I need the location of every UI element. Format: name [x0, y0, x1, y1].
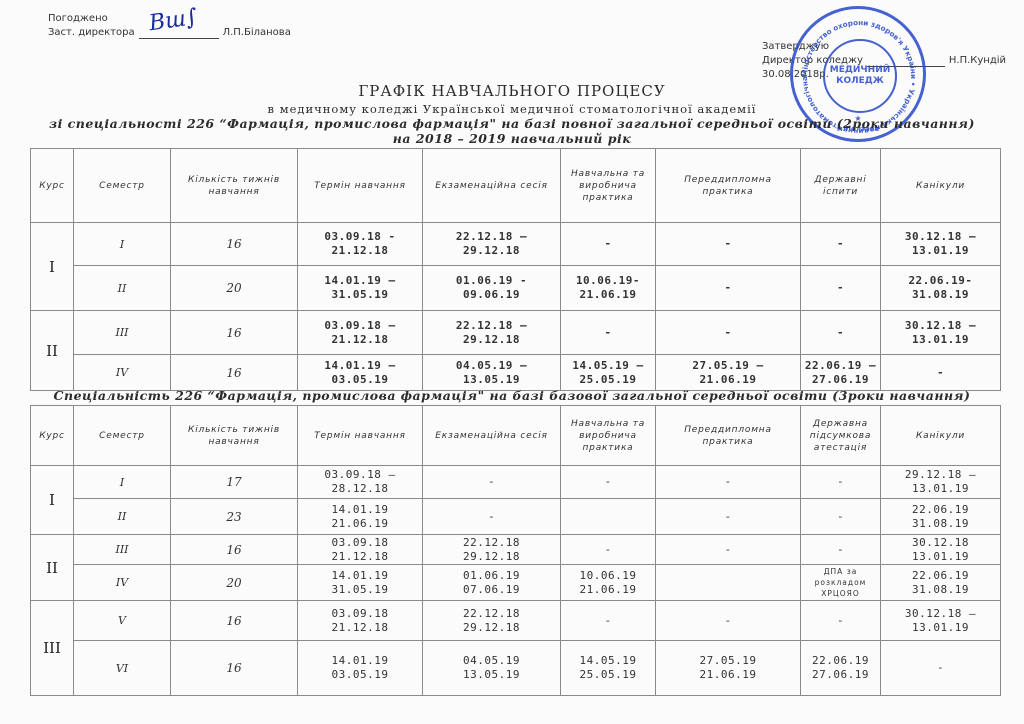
semester-cell: V — [74, 601, 171, 641]
study-term-cell: 03.09.1821.12.18 — [298, 535, 423, 565]
course-cell: II — [31, 311, 74, 391]
table-row: IV2014.01.1931.05.1901.06.1907.06.1910.0… — [31, 565, 1001, 601]
study-term-cell: 03.09.18 –21.12.18 — [298, 311, 423, 355]
practice-cell — [561, 499, 656, 535]
approval-block-left: Погоджено Заст. директора Вш∫ Л.П.Білано… — [48, 12, 291, 40]
semester-cell: III — [74, 311, 171, 355]
table-row: II2314.01.1921.06.19---22.06.1931.08.19 — [31, 499, 1001, 535]
specialty-heading-2: Спеціальність 226 “Фармація, промислова … — [0, 388, 1024, 403]
state-exams-cell: - — [801, 466, 881, 499]
holidays-cell: 30.12.18 –13.01.19 — [881, 311, 1001, 355]
study-term-cell: 14.01.1931.05.19 — [298, 565, 423, 601]
course-cell: I — [31, 223, 74, 311]
table-header-row: КурсСеместрКількість тижнів навчанняТерм… — [31, 149, 1001, 223]
document-subtitle: в медичному коледжі Української медичної… — [0, 102, 1024, 116]
exam-session-cell: 22.12.18 –29.12.18 — [423, 223, 561, 266]
weeks-cell: 20 — [171, 266, 298, 311]
approval-position: Заст. директора — [48, 26, 135, 40]
weeks-cell: 16 — [171, 641, 298, 696]
state-exams-cell: - — [801, 601, 881, 641]
weeks-cell: 16 — [171, 535, 298, 565]
exam-session-cell: 01.06.1907.06.19 — [423, 565, 561, 601]
study-term-cell: 03.09.18 –28.12.18 — [298, 466, 423, 499]
document-title: ГРАФІК НАВЧАЛЬНОГО ПРОЦЕСУ — [0, 82, 1024, 100]
signature-icon: Вш∫ — [148, 10, 198, 31]
holidays-cell: 30.12.18 –13.01.19 — [881, 601, 1001, 641]
semester-cell: IV — [74, 565, 171, 601]
holidays-cell: - — [881, 641, 1001, 696]
exam-session-cell: 22.12.18 –29.12.18 — [423, 311, 561, 355]
holidays-cell: 29.12.18 –13.01.19 — [881, 466, 1001, 499]
prediploma-cell: - — [656, 223, 801, 266]
semester-cell: II — [74, 266, 171, 311]
semester-cell: I — [74, 466, 171, 499]
weeks-cell: 23 — [171, 499, 298, 535]
weeks-cell: 16 — [171, 311, 298, 355]
approval-name: Л.П.Біланова — [223, 26, 291, 40]
table-row: II2014.01.19 –31.05.1901.06.19 -09.06.19… — [31, 266, 1001, 311]
study-term-cell: 14.01.19 –31.05.19 — [298, 266, 423, 311]
state-exams-cell: 22.06.1927.06.19 — [801, 641, 881, 696]
semester-cell: III — [74, 535, 171, 565]
table-row: II1703.09.18 –28.12.18----29.12.18 –13.0… — [31, 466, 1001, 499]
state-exams-cell: 22.06.19 –27.06.19 — [801, 355, 881, 391]
semester-cell: I — [74, 223, 171, 266]
table-row: VI1614.01.1903.05.1904.05.1913.05.1914.0… — [31, 641, 1001, 696]
weeks-cell: 16 — [171, 355, 298, 391]
col-holidays-header: Канікули — [881, 406, 1001, 466]
course-cell: I — [31, 466, 74, 535]
table-row: IV1614.01.19 –03.05.1904.05.19 –13.05.19… — [31, 355, 1001, 391]
holidays-cell: - — [881, 355, 1001, 391]
state-exams-cell: - — [801, 223, 881, 266]
practice-cell: 14.05.19 –25.05.19 — [561, 355, 656, 391]
holidays-cell: 30.12.1813.01.19 — [881, 535, 1001, 565]
state-exams-cell: - — [801, 311, 881, 355]
exam-session-cell: 04.05.19 –13.05.19 — [423, 355, 561, 391]
prediploma-cell: - — [656, 535, 801, 565]
practice-cell: 14.05.1925.05.19 — [561, 641, 656, 696]
col-study-term-header: Термін навчання — [298, 406, 423, 466]
course-cell: III — [31, 601, 74, 696]
practice-cell: - — [561, 601, 656, 641]
practice-cell: - — [561, 535, 656, 565]
practice-cell: - — [561, 223, 656, 266]
stamp-center-line1: МЕДИЧНИЙ — [830, 65, 891, 76]
table-row: II1603.09.18 -21.12.1822.12.18 –29.12.18… — [31, 223, 1001, 266]
holidays-cell: 22.06.1931.08.19 — [881, 565, 1001, 601]
state-exams-cell: ДПА зарозкладомХРЦОЯО — [801, 565, 881, 601]
col-exam-session-header: Екзаменаційна сесія — [423, 406, 561, 466]
table-header-row: КурсСеместрКількість тижнів навчанняТерм… — [31, 406, 1001, 466]
col-course-header: Курс — [31, 149, 74, 223]
signature-line: Вш∫ — [139, 28, 219, 39]
practice-cell: - — [561, 466, 656, 499]
prediploma-cell: - — [656, 466, 801, 499]
prediploma-cell: - — [656, 266, 801, 311]
col-prediploma-header: Переддипломна практика — [656, 406, 801, 466]
study-term-cell: 03.09.18 -21.12.18 — [298, 223, 423, 266]
specialty-heading-1: зі спеціальності 226 “Фармація, промисло… — [0, 116, 1024, 131]
col-state-exams-header: Державна підсумкова атестація — [801, 406, 881, 466]
practice-cell: - — [561, 311, 656, 355]
holidays-cell: 22.06.19-31.08.19 — [881, 266, 1001, 311]
holidays-cell: 22.06.1931.08.19 — [881, 499, 1001, 535]
weeks-cell: 17 — [171, 466, 298, 499]
state-exams-cell: - — [801, 266, 881, 311]
holidays-cell: 30.12.18 –13.01.19 — [881, 223, 1001, 266]
semester-cell: IV — [74, 355, 171, 391]
semester-cell: II — [74, 499, 171, 535]
state-exams-cell: - — [801, 535, 881, 565]
prediploma-cell: 27.05.1921.06.19 — [656, 641, 801, 696]
prediploma-cell: - — [656, 499, 801, 535]
approval-name: Н.П.Кундій — [949, 54, 1006, 68]
exam-session-cell: 22.12.1829.12.18 — [423, 535, 561, 565]
col-semester-header: Семестр — [74, 406, 171, 466]
study-term-cell: 14.01.1903.05.19 — [298, 641, 423, 696]
col-prediploma-header: Переддипломна практика — [656, 149, 801, 223]
weeks-cell: 16 — [171, 223, 298, 266]
col-weeks-header: Кількість тижнів навчання — [171, 406, 298, 466]
exam-session-cell: 01.06.19 -09.06.19 — [423, 266, 561, 311]
col-practice-header: Навчальна та виробнича практика — [561, 406, 656, 466]
study-term-cell: 14.01.1921.06.19 — [298, 499, 423, 535]
weeks-cell: 20 — [171, 565, 298, 601]
exam-session-cell: - — [423, 499, 561, 535]
semester-cell: VI — [74, 641, 171, 696]
state-exams-cell: - — [801, 499, 881, 535]
col-study-term-header: Термін навчання — [298, 149, 423, 223]
exam-session-cell: - — [423, 466, 561, 499]
table-row: IIIV1603.09.1821.12.1822.12.1829.12.18--… — [31, 601, 1001, 641]
weeks-cell: 16 — [171, 601, 298, 641]
schedule-table-2-years: КурсСеместрКількість тижнів навчанняТерм… — [30, 148, 1001, 391]
col-weeks-header: Кількість тижнів навчання — [171, 149, 298, 223]
prediploma-cell — [656, 565, 801, 601]
schedule-table-3-years: КурсСеместрКількість тижнів навчанняТерм… — [30, 405, 1001, 696]
prediploma-cell: - — [656, 311, 801, 355]
exam-session-cell: 04.05.1913.05.19 — [423, 641, 561, 696]
academic-year: на 2018 – 2019 навчальний рік — [0, 131, 1024, 146]
table-row: IIIII1603.09.1821.12.1822.12.1829.12.18-… — [31, 535, 1001, 565]
prediploma-cell: - — [656, 601, 801, 641]
practice-cell: 10.06.19-21.06.19 — [561, 266, 656, 311]
exam-session-cell: 22.12.1829.12.18 — [423, 601, 561, 641]
col-exam-session-header: Екзаменаційна сесія — [423, 149, 561, 223]
practice-cell: 10.06.1921.06.19 — [561, 565, 656, 601]
col-course-header: Курс — [31, 406, 74, 466]
col-practice-header: Навчальна та виробнича практика — [561, 149, 656, 223]
prediploma-cell: 27.05.19 –21.06.19 — [656, 355, 801, 391]
col-semester-header: Семестр — [74, 149, 171, 223]
study-term-cell: 14.01.19 –03.05.19 — [298, 355, 423, 391]
table-row: IIIII1603.09.18 –21.12.1822.12.18 –29.12… — [31, 311, 1001, 355]
col-holidays-header: Канікули — [881, 149, 1001, 223]
course-cell: II — [31, 535, 74, 601]
col-state-exams-header: Державні іспити — [801, 149, 881, 223]
study-term-cell: 03.09.1821.12.18 — [298, 601, 423, 641]
